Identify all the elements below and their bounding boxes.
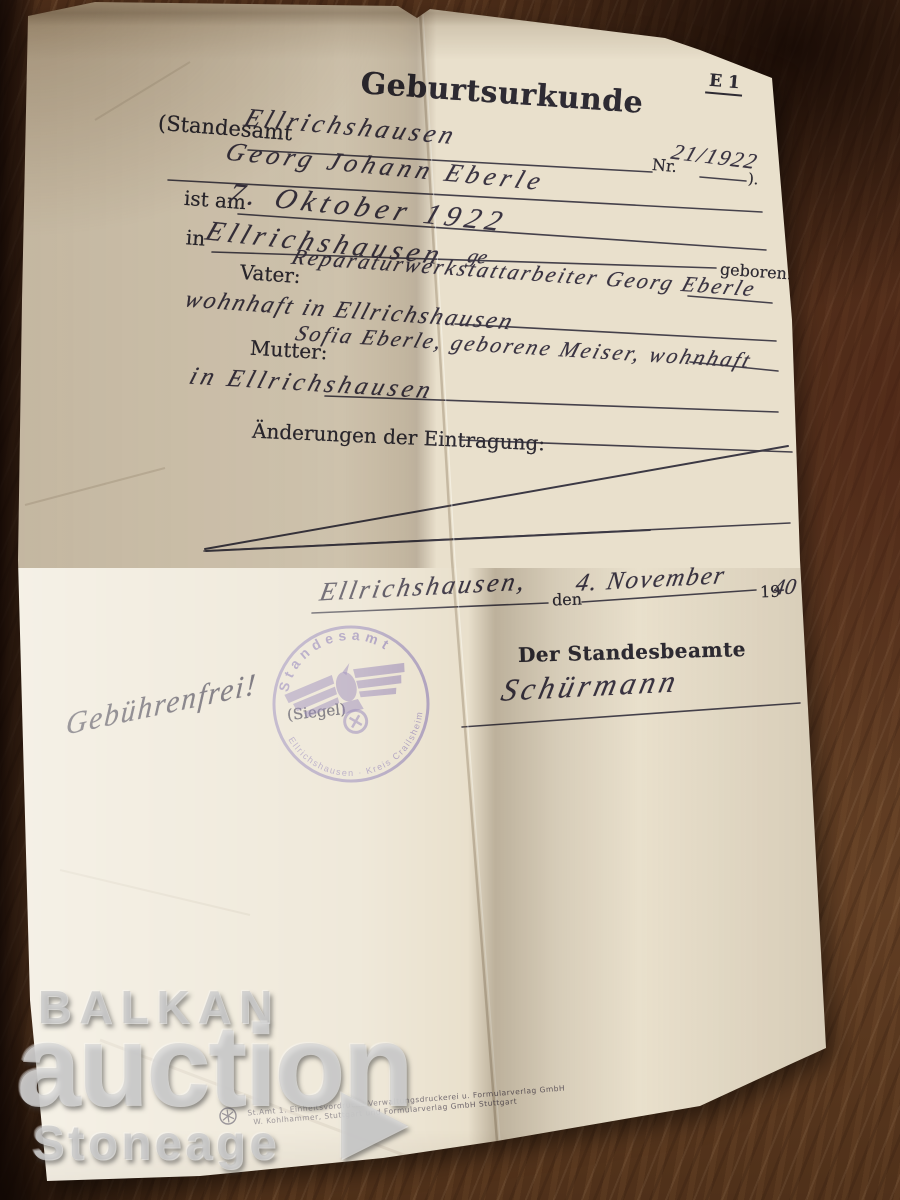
document-title: Geburtsurkunde [351, 66, 653, 122]
form-code: E 1 [705, 70, 744, 96]
official-label: Der Standesbeamte [518, 637, 747, 667]
issue-place-value: Ellrichshausen, [317, 566, 530, 607]
issue-year-value: 40 [772, 573, 798, 600]
father-value: Reparaturwerkstattarbeiter Georg Eberle [288, 244, 760, 302]
mother-residence-value: in Ellrichshausen [186, 363, 438, 405]
nr-value: 21/1922 [668, 139, 762, 175]
mother-value: Sofia Eberle, geborene Meiser, wohnhaft [292, 320, 755, 373]
issue-date-value: 4. November [573, 562, 728, 598]
pen-crossout-lines [205, 446, 788, 551]
official-round-stamp: Standesamt Ellrichshausen · Kreis Crails… [244, 602, 458, 806]
paper-horizontal-fold-shadow [0, 0, 900, 26]
watermark-stoneage: Stoneage [32, 1116, 280, 1171]
photo-scene: E 1 Geburtsurkunde (Standesamt Nr. ). is… [0, 0, 900, 1200]
aenderungen-label: Änderungen der Eintragung: [252, 419, 546, 456]
fee-note: Gebührenfrei! [65, 667, 259, 743]
registrar-signature: Schürmann [498, 663, 683, 709]
watermark-play-arrow-icon: ▶ [342, 1072, 405, 1167]
